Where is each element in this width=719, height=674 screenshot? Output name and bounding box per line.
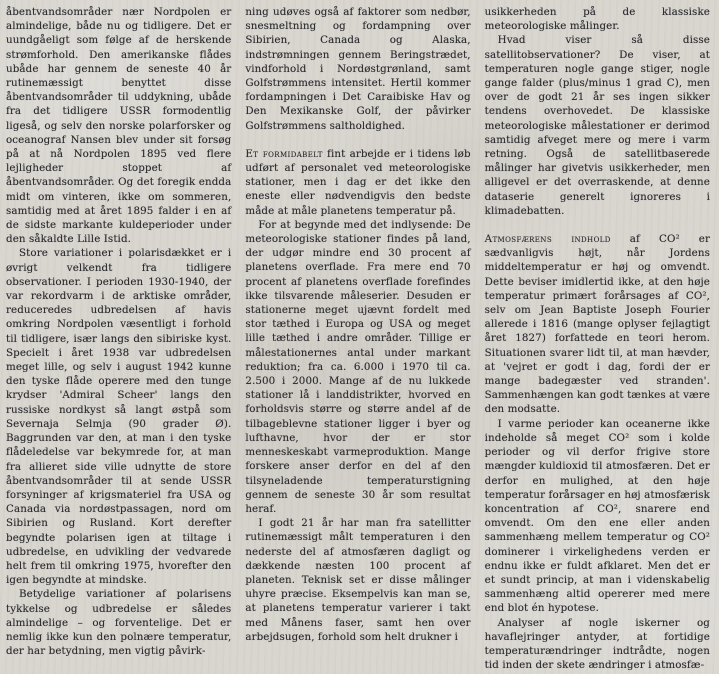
paragraph: Et formidabelt fint arbejde er i tidens …	[245, 147, 470, 218]
smallcaps-lead: Atmosfærens indhold	[485, 233, 611, 245]
text-column-3: usikkerheden på de klassiske meteorologi…	[485, 5, 710, 674]
paragraph: Analyser af nogle iskerner og havaflejri…	[485, 616, 710, 673]
paragraph: Store variationer i polarisdækket er i ø…	[6, 246, 231, 587]
paragraph: Atmosfærens indhold af CO² er sædvanligv…	[485, 232, 710, 417]
text-column-1: åbentvandsområder nær Nordpolen er almin…	[6, 5, 231, 674]
paragraph: For at begynde med det indlysende: De me…	[245, 218, 470, 516]
paragraph: ning udøves også af faktorer som nedbør,…	[245, 5, 470, 133]
text-column-2: ning udøves også af faktorer som nedbør,…	[245, 5, 470, 674]
paragraph: Hvad viser så disse satellitobservatione…	[485, 33, 710, 218]
paragraph: usikkerheden på de klassiske meteorologi…	[485, 5, 710, 33]
paragraph-text: af CO² er sædvanligvis højt, når Jordens…	[485, 233, 710, 415]
paragraph: Betydelige variationer af polarisens tyk…	[6, 587, 231, 658]
paragraph: I varme perioder kan oceanerne ikke inde…	[485, 417, 710, 616]
smallcaps-lead: Et formidabelt	[245, 148, 322, 160]
scanned-article-page: åbentvandsområder nær Nordpolen er almin…	[0, 0, 719, 674]
paragraph: I godt 21 år har man fra satellitter rut…	[245, 516, 470, 644]
paragraph: åbentvandsområder nær Nordpolen er almin…	[6, 5, 231, 246]
